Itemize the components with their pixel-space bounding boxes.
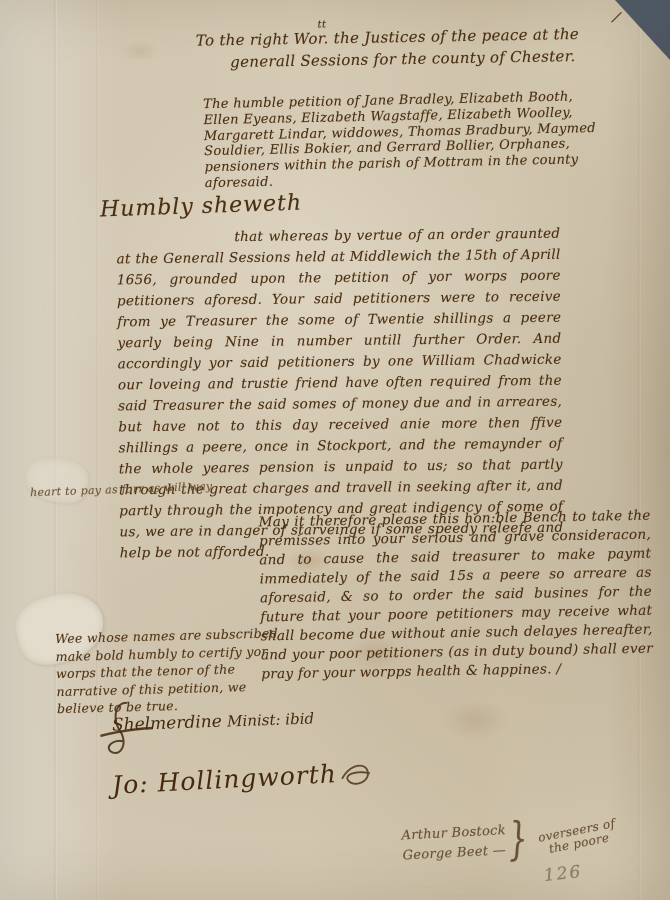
prayer-paragraph: May it therefore please this hon:ble Ben… [259, 507, 654, 685]
stain [440, 700, 510, 740]
certificate-note: Wee whose names are subscribed make bold… [55, 624, 297, 718]
brace-glyph: } [508, 825, 529, 856]
manuscript-page: tt To the right Wor. the Justices of the… [0, 0, 670, 900]
endorsement-role: overseers of the poore [528, 815, 627, 859]
signature-flourish-icon [339, 759, 375, 791]
salutation: Humbly sheweth [99, 186, 302, 226]
endorsement-name-2: George Beet — [402, 841, 507, 866]
signature-flourish-icon [97, 698, 155, 767]
manuscript-photo: tt To the right Wor. the Justices of the… [0, 0, 670, 900]
document-heading: tt To the right Wor. the Justices of the… [196, 22, 617, 73]
stain [120, 40, 160, 62]
signature-title: Minist: ibid [227, 709, 315, 730]
heading-superscript: tt [317, 14, 326, 36]
corner-flourish-mark: / [611, 6, 623, 29]
endorsement-block: Arthur Bostock George Beet — }overseers … [401, 813, 653, 866]
petition-address: The humble petition of Jane Bradley, Eli… [203, 89, 603, 192]
signature-minister: Shelmerdine Minist: ibid [112, 708, 315, 735]
fold-line [638, 0, 641, 900]
page-number: 126 [543, 860, 584, 889]
endorsement-names: Arthur Bostock George Beet — [401, 821, 507, 866]
fold-line [54, 0, 57, 900]
